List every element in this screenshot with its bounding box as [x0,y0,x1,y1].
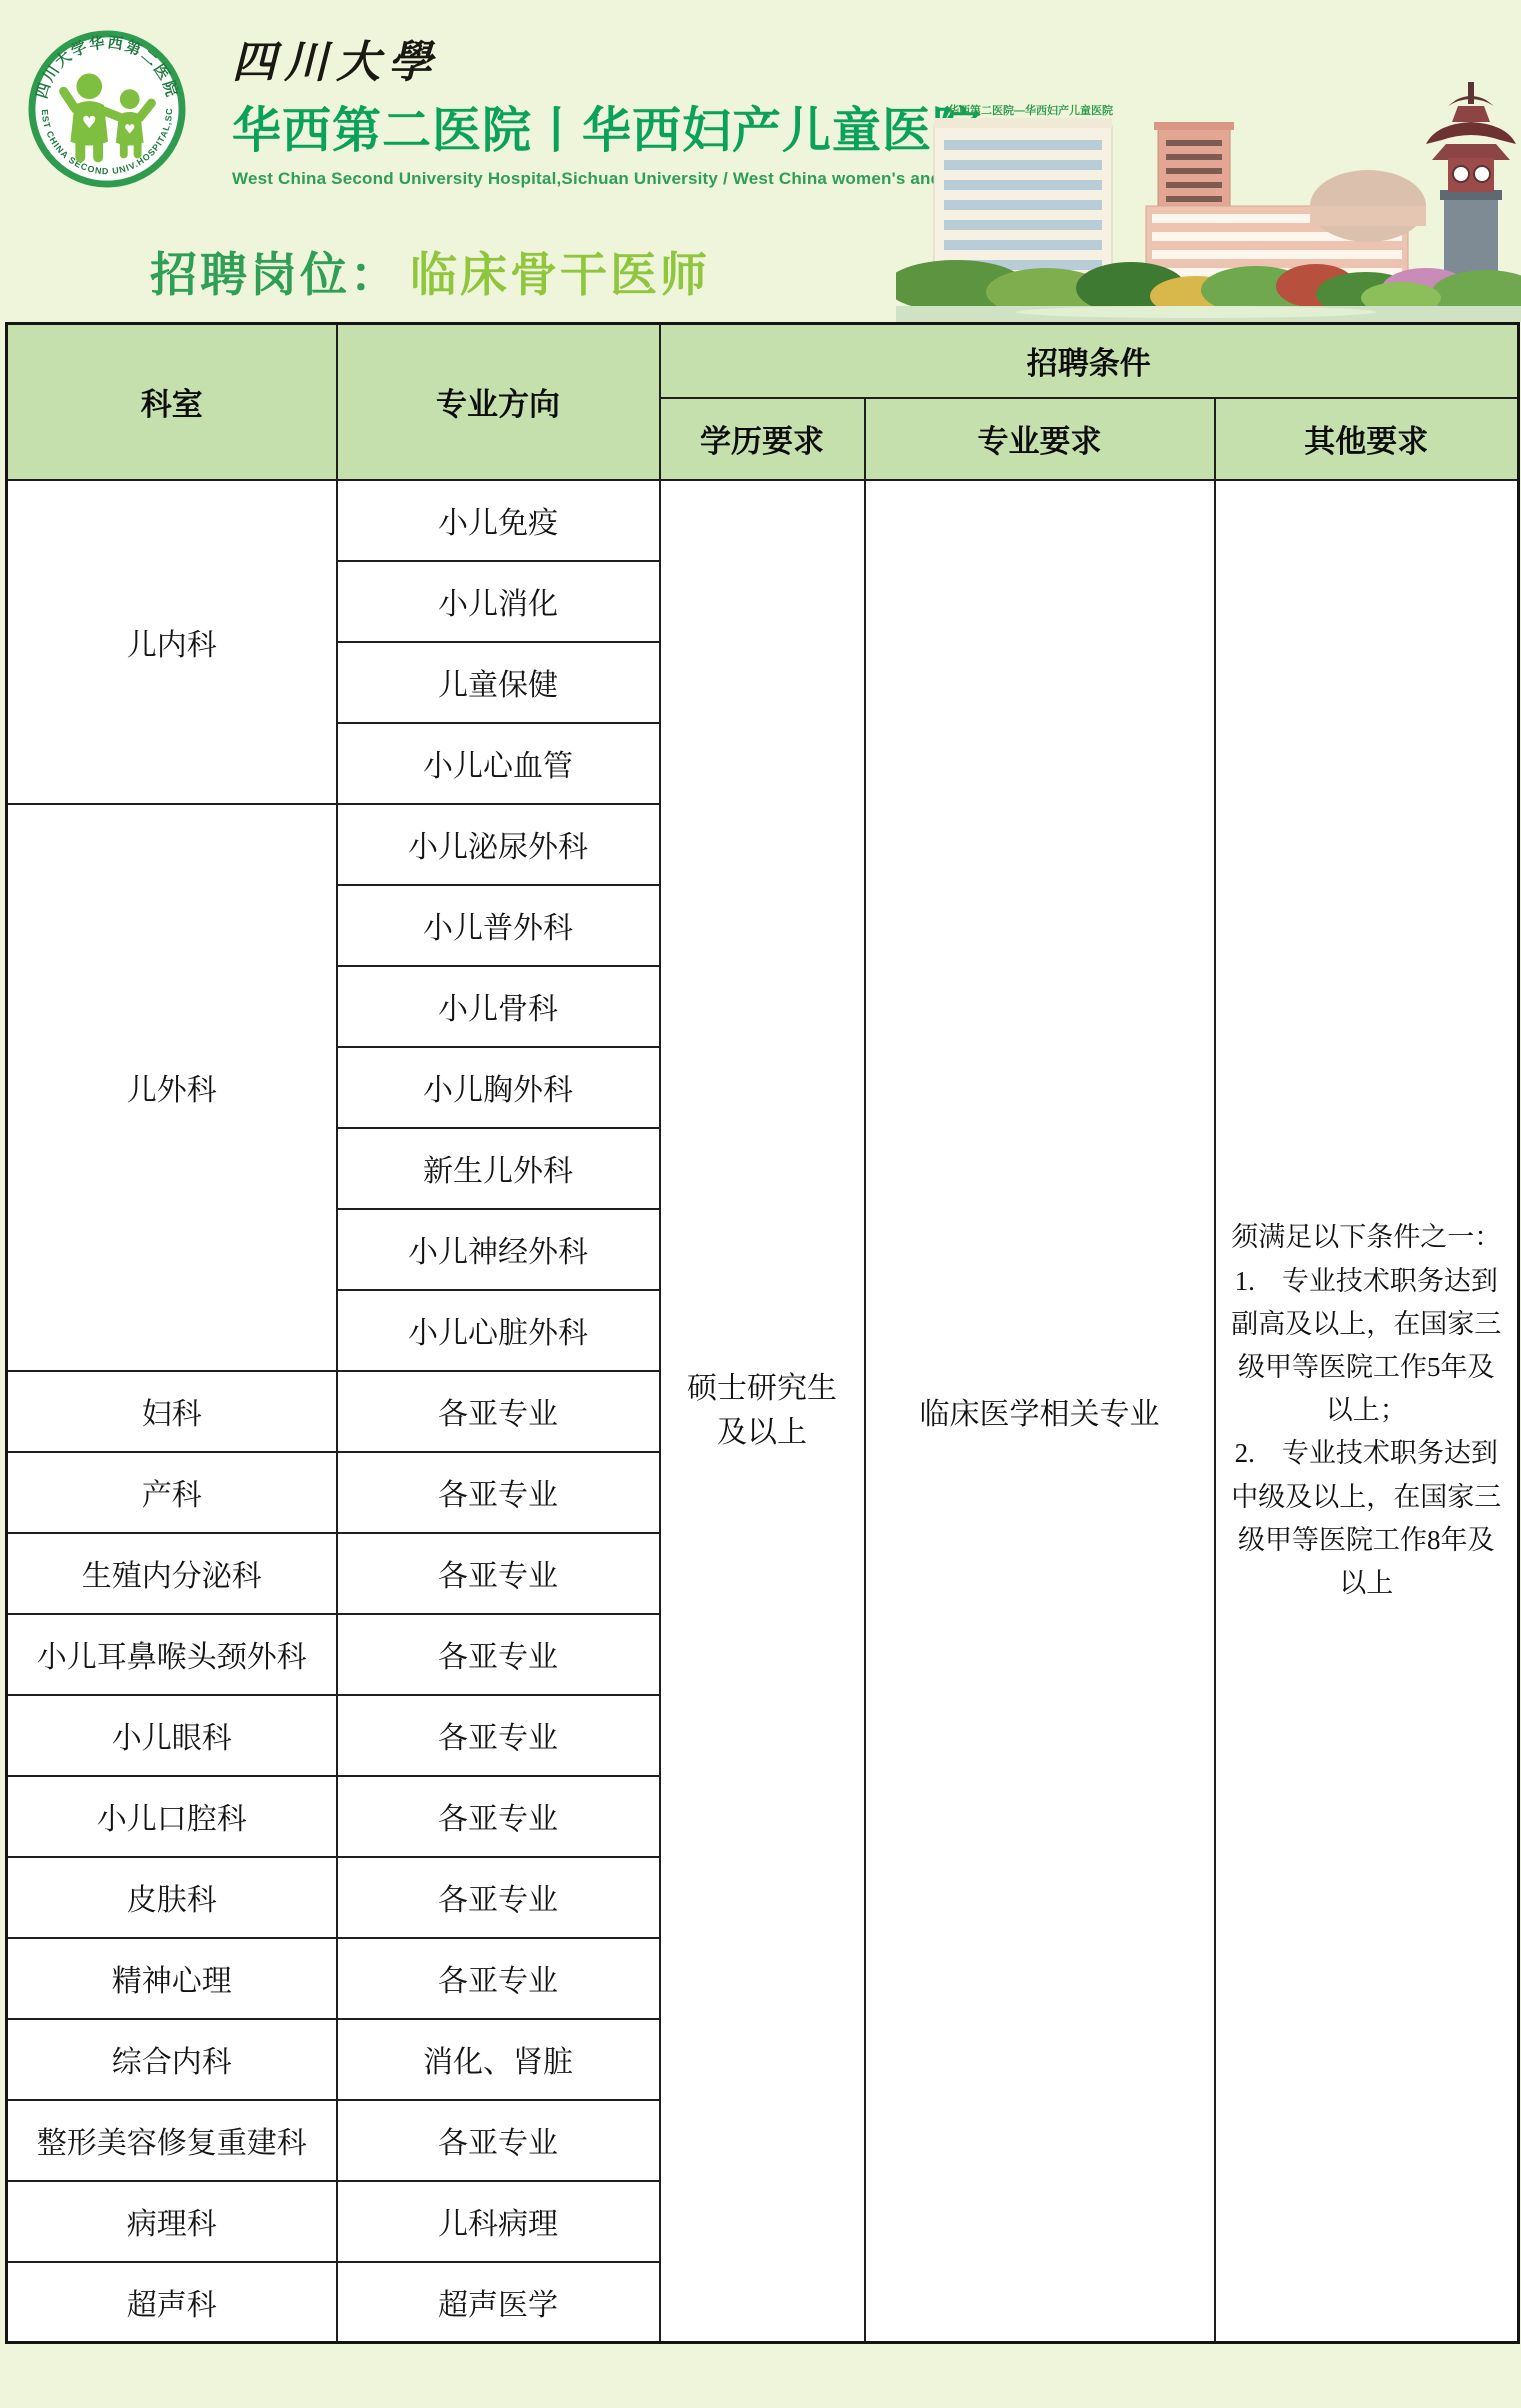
dept-cell: 皮肤科 [7,1857,337,1938]
col-header-major: 专业要求 [865,398,1215,480]
svg-text:♥: ♥ [124,123,136,138]
col-header-other: 其他要求 [1215,398,1519,480]
dept-cell: 精神心理 [7,1938,337,2019]
spec-cell: 各亚专业 [337,1452,660,1533]
spec-cell: 小儿心血管 [337,723,660,804]
spec-cell: 各亚专业 [337,1614,660,1695]
dept-cell: 生殖内分泌科 [7,1533,337,1614]
dept-cell: 病理科 [7,2181,337,2262]
spec-cell: 各亚专业 [337,1371,660,1452]
svg-text:华西第二医院—华西妇产儿童医院: 华西第二医院—华西妇产儿童医院 [948,103,1113,117]
table-row: 儿内科 小儿免疫 硕士研究生 及以上 临床医学相关专业 须满足以下条件之一： 1… [7,480,1519,561]
spec-cell: 小儿泌尿外科 [337,804,660,885]
dept-cell: 综合内科 [7,2019,337,2100]
col-header-direction: 专业方向 [337,324,660,480]
other-requirement-cell: 须满足以下条件之一： 1. 专业技术职务达到 副高及以上，在国家三 级甲等医院工… [1215,480,1519,2343]
spec-cell: 各亚专业 [337,1533,660,1614]
col-header-conditions: 招聘条件 [660,324,1519,398]
major-requirement-cell: 临床医学相关专业 [865,480,1215,2343]
recruitment-table: 科室 专业方向 招聘条件 学历要求 专业要求 其他要求 儿内科 小儿免疫 硕士研… [5,322,1520,2344]
hospital-logo: 四川大学华西第二医院 WEST CHINA SECOND UNIV.HOSPIT… [28,30,186,188]
spec-cell: 儿科病理 [337,2181,660,2262]
spec-cell: 小儿普外科 [337,885,660,966]
col-header-education: 学历要求 [660,398,865,480]
recruit-position-value: 临床骨干医师 [410,248,710,301]
dept-cell: 产科 [7,1452,337,1533]
spec-cell: 各亚专业 [337,1776,660,1857]
spec-cell: 超声医学 [337,2262,660,2343]
spec-cell: 各亚专业 [337,2100,660,2181]
masthead: 四川大学华西第二医院 WEST CHINA SECOND UNIV.HOSPIT… [0,0,1521,322]
spec-cell: 小儿胸外科 [337,1047,660,1128]
dept-cell: 小儿眼科 [7,1695,337,1776]
svg-text:♥: ♥ [82,112,97,132]
spec-cell: 小儿免疫 [337,480,660,561]
spec-cell: 各亚专业 [337,1857,660,1938]
other-requirement-text: 须满足以下条件之一： 1. 专业技术职务达到 副高及以上，在国家三 级甲等医院工… [1216,1216,1518,1605]
dept-cell: 小儿耳鼻喉头颈外科 [7,1614,337,1695]
spec-cell: 小儿消化 [337,561,660,642]
dept-cell: 小儿口腔科 [7,1776,337,1857]
spec-cell: 消化、肾脏 [337,2019,660,2100]
hospital-campus-illustration: 华西第二医院—华西妇产儿童医院 [896,48,1521,322]
dept-cell: 超声科 [7,2262,337,2343]
hospital-logo-emblem-icon: 四川大学华西第二医院 WEST CHINA SECOND UNIV.HOSPIT… [28,30,186,188]
spec-cell: 小儿心脏外科 [337,1290,660,1371]
spec-cell: 儿童保健 [337,642,660,723]
spec-cell: 新生儿外科 [337,1128,660,1209]
spec-cell: 小儿骨科 [337,966,660,1047]
dept-cell: 儿外科 [7,804,337,1371]
dept-cell: 整形美容修复重建科 [7,2100,337,2181]
campus-buildings-icon: 华西第二医院—华西妇产儿童医院 [896,48,1521,322]
education-requirement-cell: 硕士研究生 及以上 [660,480,865,2343]
spec-cell: 各亚专业 [337,1695,660,1776]
recruit-position-label: 招聘岗位： [150,248,400,301]
dept-cell: 妇科 [7,1371,337,1452]
recruit-title: 招聘岗位：临床骨干医师 [150,238,710,305]
dept-cell: 儿内科 [7,480,337,804]
poster-page: 四川大学华西第二医院 WEST CHINA SECOND UNIV.HOSPIT… [0,0,1521,2408]
col-header-department: 科室 [7,324,337,480]
spec-cell: 各亚专业 [337,1938,660,2019]
spec-cell: 小儿神经外科 [337,1209,660,1290]
